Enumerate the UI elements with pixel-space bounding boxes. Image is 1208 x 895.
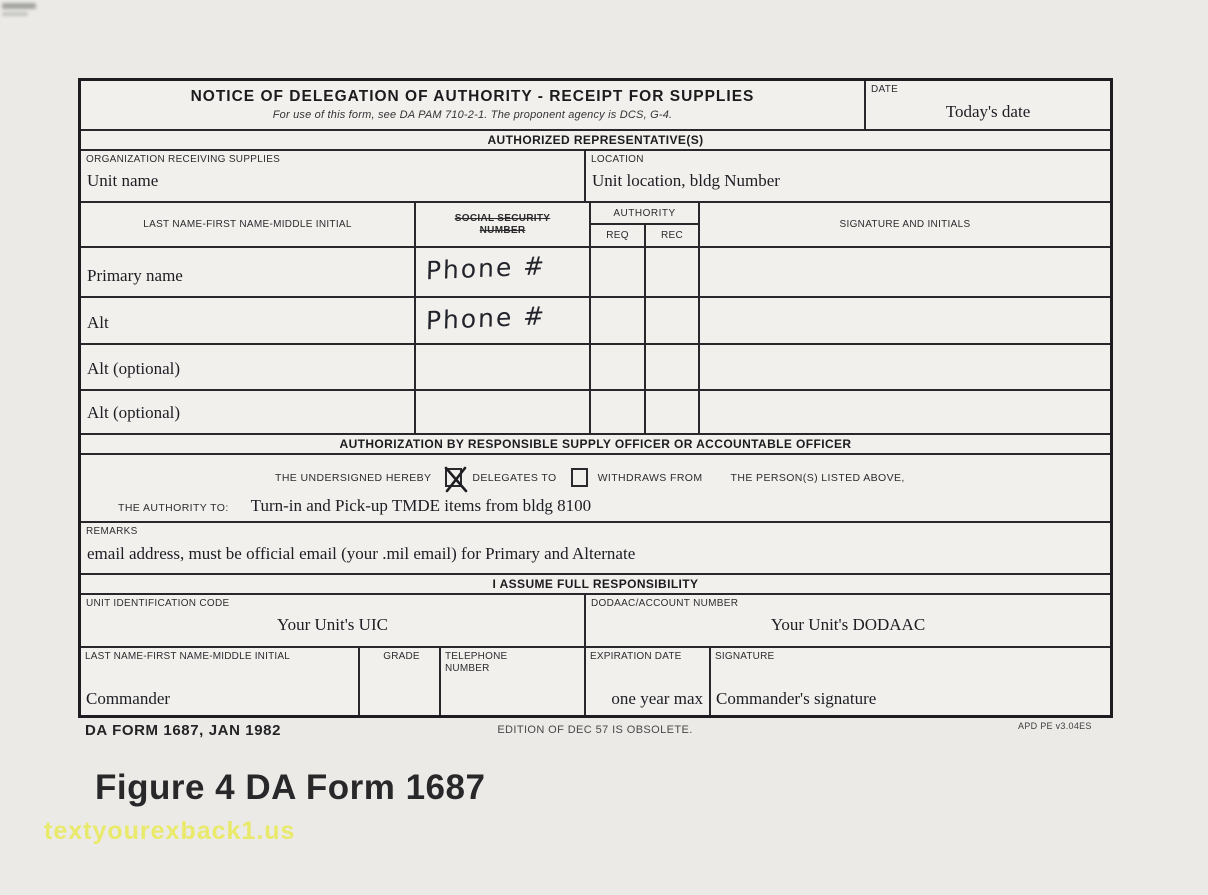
table-row: Alt (optional) xyxy=(81,391,1110,435)
delegates-label: DELEGATES TO xyxy=(472,472,556,484)
authorized-representatives-bar: AUTHORIZED REPRESENTATIVE(S) xyxy=(81,131,1110,151)
ssn-label-line2: NUMBER xyxy=(480,225,526,236)
ssn-label-line1: SOCIAL SECURITY xyxy=(455,213,550,224)
col-header-authority-group: AUTHORITY REQ REC xyxy=(591,203,700,246)
commander-signature-value: Commander's signature xyxy=(716,689,876,709)
apd-note: APD PE v3.04ES xyxy=(1018,721,1092,731)
grade-label: GRADE xyxy=(360,648,439,663)
responsibility-bar: I ASSUME FULL RESPONSIBILITY xyxy=(81,575,1110,595)
delegates-checkbox xyxy=(445,468,462,487)
organization-field: ORGANIZATION RECEIVING SUPPLIES Unit nam… xyxy=(81,151,586,201)
rep-req-cell xyxy=(591,345,646,389)
org-location-row: ORGANIZATION RECEIVING SUPPLIES Unit nam… xyxy=(81,151,1110,203)
form-number: DA FORM 1687, JAN 1982 xyxy=(85,722,281,739)
rep-rec-cell xyxy=(646,391,700,433)
remarks-value: email address, must be official email (y… xyxy=(81,537,1110,564)
rep-name-value: Alt (optional) xyxy=(87,359,180,379)
col-header-rec: REC xyxy=(646,225,698,246)
commander-name-field: LAST NAME-FIRST NAME-MIDDLE INITIAL Comm… xyxy=(81,648,360,715)
rep-name-value: Primary name xyxy=(87,266,183,286)
dodaac-value: Your Unit's DODAAC xyxy=(586,615,1110,635)
edition-note: EDITION OF DEC 57 IS OBSOLETE. xyxy=(440,724,750,736)
signature-label: SIGNATURE xyxy=(711,648,1110,663)
rep-signature-cell xyxy=(700,391,1110,433)
expiration-field: EXPIRATION DATE one year max xyxy=(586,648,711,715)
x-mark-icon xyxy=(442,466,469,493)
form-header-row: NOTICE OF DELEGATION OF AUTHORITY - RECE… xyxy=(81,81,1110,131)
figure-caption: Figure 4 DA Form 1687 xyxy=(95,768,485,808)
location-label: LOCATION xyxy=(586,151,1110,165)
rep-rec-cell xyxy=(646,248,700,296)
rep-ssn-cell xyxy=(416,391,591,433)
col-header-name: LAST NAME-FIRST NAME-MIDDLE INITIAL xyxy=(81,203,416,246)
telephone-label: TELEPHONE NUMBER xyxy=(441,648,584,675)
rep-ssn-cell xyxy=(416,345,591,389)
telephone-field: TELEPHONE NUMBER xyxy=(441,648,586,715)
location-value: Unit location, bldg Number xyxy=(586,165,1110,191)
dodaac-field: DODAAC/ACCOUNT NUMBER Your Unit's DODAAC xyxy=(586,595,1110,646)
rep-name-cell: Alt xyxy=(81,298,416,343)
rep-signature-cell xyxy=(700,298,1110,343)
col-header-ssn: SOCIAL SECURITY NUMBER xyxy=(416,203,591,246)
remarks-label: REMARKS xyxy=(81,523,1110,537)
scan-artifact xyxy=(2,3,36,9)
uic-value: Your Unit's UIC xyxy=(81,615,584,635)
rep-ssn-cell: Phone # xyxy=(416,298,591,343)
organization-label: ORGANIZATION RECEIVING SUPPLIES xyxy=(81,151,584,165)
remarks-field: REMARKS email address, must be official … xyxy=(81,523,1110,575)
form-title-cell: NOTICE OF DELEGATION OF AUTHORITY - RECE… xyxy=(81,81,866,129)
da-form-1687: NOTICE OF DELEGATION OF AUTHORITY - RECE… xyxy=(78,78,1113,718)
col-header-signature: SIGNATURE AND INITIALS xyxy=(700,203,1110,246)
table-row: Primary name Phone # xyxy=(81,248,1110,298)
rep-name-cell: Alt (optional) xyxy=(81,391,416,433)
col-header-req: REQ xyxy=(591,225,646,246)
table-row: Alt (optional) xyxy=(81,345,1110,391)
rep-ssn-value: Phone # xyxy=(416,295,547,336)
commander-row: LAST NAME-FIRST NAME-MIDDLE INITIAL Comm… xyxy=(81,648,1110,715)
date-field: DATE Today's date xyxy=(866,81,1110,129)
undersigned-label: THE UNDERSIGNED HEREBY xyxy=(275,472,431,484)
rep-ssn-value: Phone # xyxy=(416,245,547,286)
grade-field: GRADE xyxy=(360,648,441,715)
form-title: NOTICE OF DELEGATION OF AUTHORITY - RECE… xyxy=(81,88,864,106)
table-row: Alt Phone # xyxy=(81,298,1110,345)
rep-rec-cell xyxy=(646,298,700,343)
rep-rec-cell xyxy=(646,345,700,389)
rep-name-cell: Alt (optional) xyxy=(81,345,416,389)
commander-name-value: Commander xyxy=(86,689,170,709)
uic-field: UNIT IDENTIFICATION CODE Your Unit's UIC xyxy=(81,595,586,646)
commander-name-label: LAST NAME-FIRST NAME-MIDDLE INITIAL xyxy=(81,648,358,663)
undersigned-block: THE UNDERSIGNED HEREBY DELEGATES TO WITH… xyxy=(81,455,1110,523)
rep-ssn-cell: Phone # xyxy=(416,248,591,296)
rep-signature-cell xyxy=(700,248,1110,296)
rep-req-cell xyxy=(591,298,646,343)
scan-artifact xyxy=(2,12,28,16)
organization-value: Unit name xyxy=(81,165,584,191)
uic-dodaac-row: UNIT IDENTIFICATION CODE Your Unit's UIC… xyxy=(81,595,1110,648)
watermark: textyourexback1.us xyxy=(44,817,295,846)
withdraws-checkbox xyxy=(571,468,588,487)
rep-name-value: Alt xyxy=(87,313,109,333)
withdraws-label: WITHDRAWS FROM xyxy=(598,472,703,484)
rep-name-value: Alt (optional) xyxy=(87,403,180,423)
authorization-bar: AUTHORIZATION BY RESPONSIBLE SUPPLY OFFI… xyxy=(81,435,1110,455)
form-subtitle: For use of this form, see DA PAM 710-2-1… xyxy=(81,109,864,121)
rep-table-header: LAST NAME-FIRST NAME-MIDDLE INITIAL SOCI… xyxy=(81,203,1110,248)
rep-ssn-value xyxy=(416,398,426,404)
rep-req-cell xyxy=(591,391,646,433)
rep-ssn-value xyxy=(416,352,426,358)
authority-to-label: THE AUTHORITY TO: xyxy=(118,502,229,514)
authority-to-value: Turn-in and Pick-up TMDE items from bldg… xyxy=(251,496,591,516)
persons-listed-label: THE PERSON(S) LISTED ABOVE, xyxy=(731,472,905,484)
uic-label: UNIT IDENTIFICATION CODE xyxy=(81,595,584,609)
expiration-label: EXPIRATION DATE xyxy=(586,648,709,663)
rep-name-cell: Primary name xyxy=(81,248,416,296)
expiration-value: one year max xyxy=(611,689,703,709)
location-field: LOCATION Unit location, bldg Number xyxy=(586,151,1110,201)
col-header-authority: AUTHORITY xyxy=(591,203,698,225)
dodaac-label: DODAAC/ACCOUNT NUMBER xyxy=(586,595,1110,609)
date-value: Today's date xyxy=(866,102,1110,122)
rep-req-cell xyxy=(591,248,646,296)
commander-signature-field: SIGNATURE Commander's signature xyxy=(711,648,1110,715)
date-label: DATE xyxy=(866,81,1110,95)
rep-signature-cell xyxy=(700,345,1110,389)
